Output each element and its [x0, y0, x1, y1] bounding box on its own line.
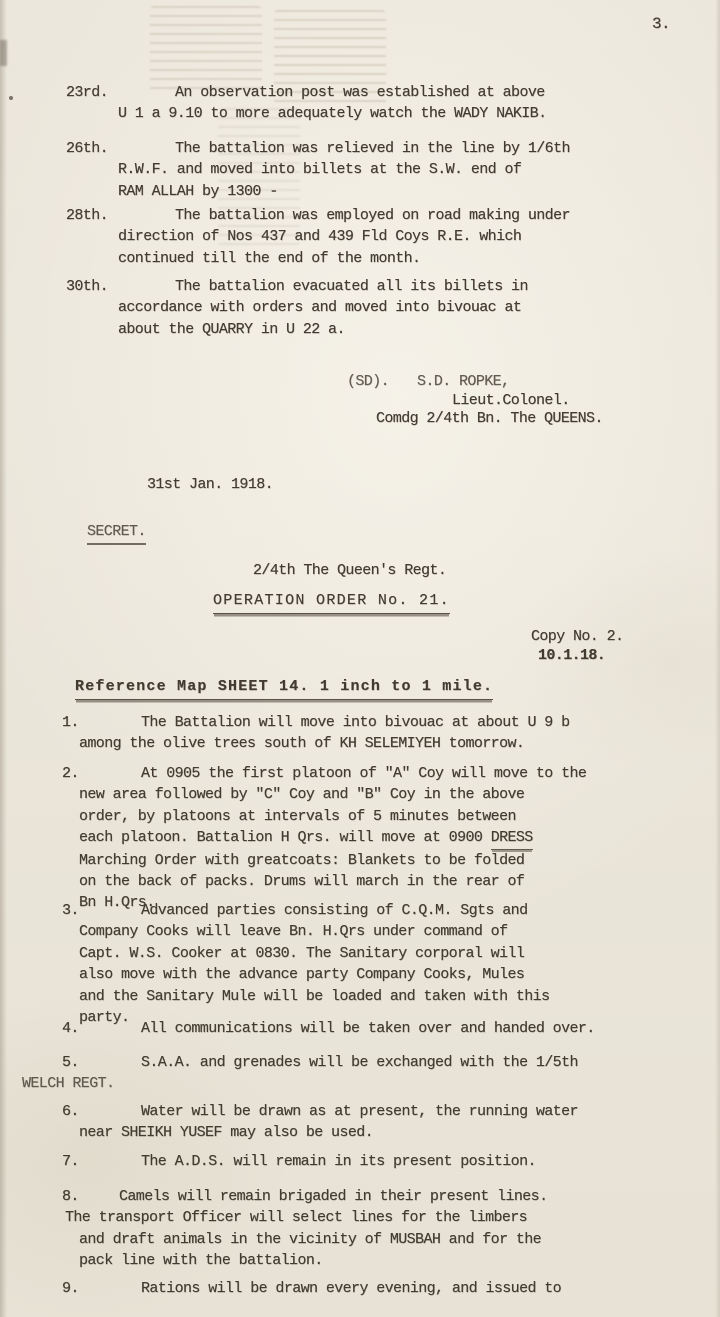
item-number: 1.: [62, 712, 79, 733]
order-item: 3. Advanced parties consisting of C.Q.M.…: [0, 900, 720, 1028]
order-item: 6. Water will be drawn as at present, th…: [0, 1101, 720, 1144]
item-line: pack line with the battalion.: [79, 1250, 669, 1271]
item-number: 4.: [62, 1018, 79, 1039]
signature-command: Comdg 2/4th Bn. The QUEENS.: [376, 408, 603, 429]
item-line: The transport Officer will select lines …: [65, 1207, 669, 1228]
map-reference: Reference Map SHEET 14. 1 inch to 1 mile…: [75, 676, 493, 700]
item-line: and draft animals in the vicinity of MUS…: [79, 1229, 669, 1250]
item-line: The A.D.S. will remain in its present po…: [79, 1151, 669, 1172]
entry-date: 23rd.: [66, 82, 108, 103]
order-issue-date: 10.1.18.: [538, 645, 605, 666]
signature-sd: (SD).: [347, 373, 389, 390]
entry-line: about the QUARRY in U 22 a.: [118, 319, 684, 340]
item-number: 7.: [62, 1151, 79, 1172]
diary-closing-date: 31st Jan. 1918.: [147, 474, 273, 495]
item-line: and the Sanitary Mule will be loaded and…: [79, 986, 669, 1007]
item-line: WELCH REGT.: [22, 1073, 669, 1094]
item-line: new area followed by "C" Coy and "B" Coy…: [79, 784, 669, 805]
entry-line: RAM ALLAH by 1300 -: [118, 181, 684, 202]
item-line: Water will be drawn as at present, the r…: [79, 1101, 669, 1122]
item-number: 2.: [62, 763, 79, 784]
document-sheet: 3. 23rd. An observation post was establi…: [0, 0, 720, 1317]
item-line: Company Cooks will leave Bn. H.Qrs under…: [79, 921, 669, 942]
entry-line: U 1 a 9.10 to more adequately watch the …: [118, 103, 684, 124]
page-number: 3.: [652, 14, 670, 35]
entry-line: The battalion was employed on road makin…: [118, 205, 684, 226]
item-line: each platoon. Battalion H Qrs. will move…: [79, 827, 669, 849]
item-line: order, by platoons at intervals of 5 min…: [79, 806, 669, 827]
entry-line: accordance with orders and moved into bi…: [118, 297, 684, 318]
dress-underlined: DRESS: [491, 827, 533, 849]
entry-line: R.W.F. and moved into billets at the S.W…: [118, 159, 684, 180]
item-line: The Battalion will move into bivouac at …: [79, 712, 669, 733]
item-line: Rations will be drawn every evening, and…: [79, 1278, 669, 1299]
entry-line: continued till the end of the month.: [118, 248, 684, 269]
diary-entry: 23rd. An observation post was establishe…: [0, 82, 720, 125]
order-item: 9. Rations will be drawn every evening, …: [0, 1278, 720, 1299]
item-line: At 0905 the first platoon of "A" Coy wil…: [79, 763, 669, 784]
entry-line: An observation post was established at a…: [118, 82, 684, 103]
entry-date: 30th.: [66, 276, 108, 297]
order-item: 2. At 0905 the first platoon of "A" Coy …: [0, 763, 720, 914]
diary-entry: 30th. The battalion evacuated all its bi…: [0, 276, 720, 340]
order-item: 1. The Battalion will move into bivouac …: [0, 712, 720, 755]
item-number: 6.: [62, 1101, 79, 1122]
item-line: S.A.A. and grenades will be exchanged wi…: [79, 1052, 669, 1073]
item-line: on the back of packs. Drums will march i…: [79, 871, 669, 892]
order-item: 5. S.A.A. and grenades will be exchanged…: [0, 1052, 720, 1095]
order-item: 4. All communications will be taken over…: [0, 1018, 720, 1039]
item-line: Camels will remain brigaded in their pre…: [79, 1186, 669, 1207]
diary-entry: 26th. The battalion was relieved in the …: [0, 138, 720, 202]
item-line: Advanced parties consisting of C.Q.M. Sg…: [79, 900, 669, 921]
item-line: Marching Order with greatcoats: Blankets…: [79, 850, 669, 871]
item-line: Capt. W.S. Cooker at 0830. The Sanitary …: [79, 943, 669, 964]
scan-edge-mark: [0, 40, 7, 66]
unit-heading: 2/4th The Queen's Regt.: [253, 560, 446, 581]
item-number: 8.: [62, 1186, 79, 1207]
order-title: OPERATION ORDER No. 21.: [213, 590, 450, 614]
item-line: All communications will be taken over an…: [79, 1018, 669, 1039]
item-line: among the olive trees south of KH SELEMI…: [79, 733, 669, 754]
signature-name: S.D. ROPKE,: [417, 373, 509, 390]
item-line: near SHEIKH YUSEF may also be used.: [79, 1122, 669, 1143]
order-item: 7. The A.D.S. will remain in its present…: [0, 1151, 720, 1172]
item-line: also move with the advance party Company…: [79, 964, 669, 985]
diary-entry: 28th. The battalion was employed on road…: [0, 205, 720, 269]
entry-line: The battalion was relieved in the line b…: [118, 138, 684, 159]
entry-line: The battalion evacuated all its billets …: [118, 276, 684, 297]
item-number: 5.: [62, 1052, 79, 1073]
order-item: 8. Camels will remain brigaded in their …: [0, 1186, 720, 1272]
entry-date: 28th.: [66, 205, 108, 226]
item-number: 9.: [62, 1278, 79, 1299]
item-number: 3.: [62, 900, 79, 921]
entry-date: 26th.: [66, 138, 108, 159]
entry-line: direction of Nos 437 and 439 Fld Coys R.…: [118, 226, 684, 247]
bleedthrough-text: [150, 6, 262, 92]
secret-heading: SECRET.: [87, 521, 146, 545]
